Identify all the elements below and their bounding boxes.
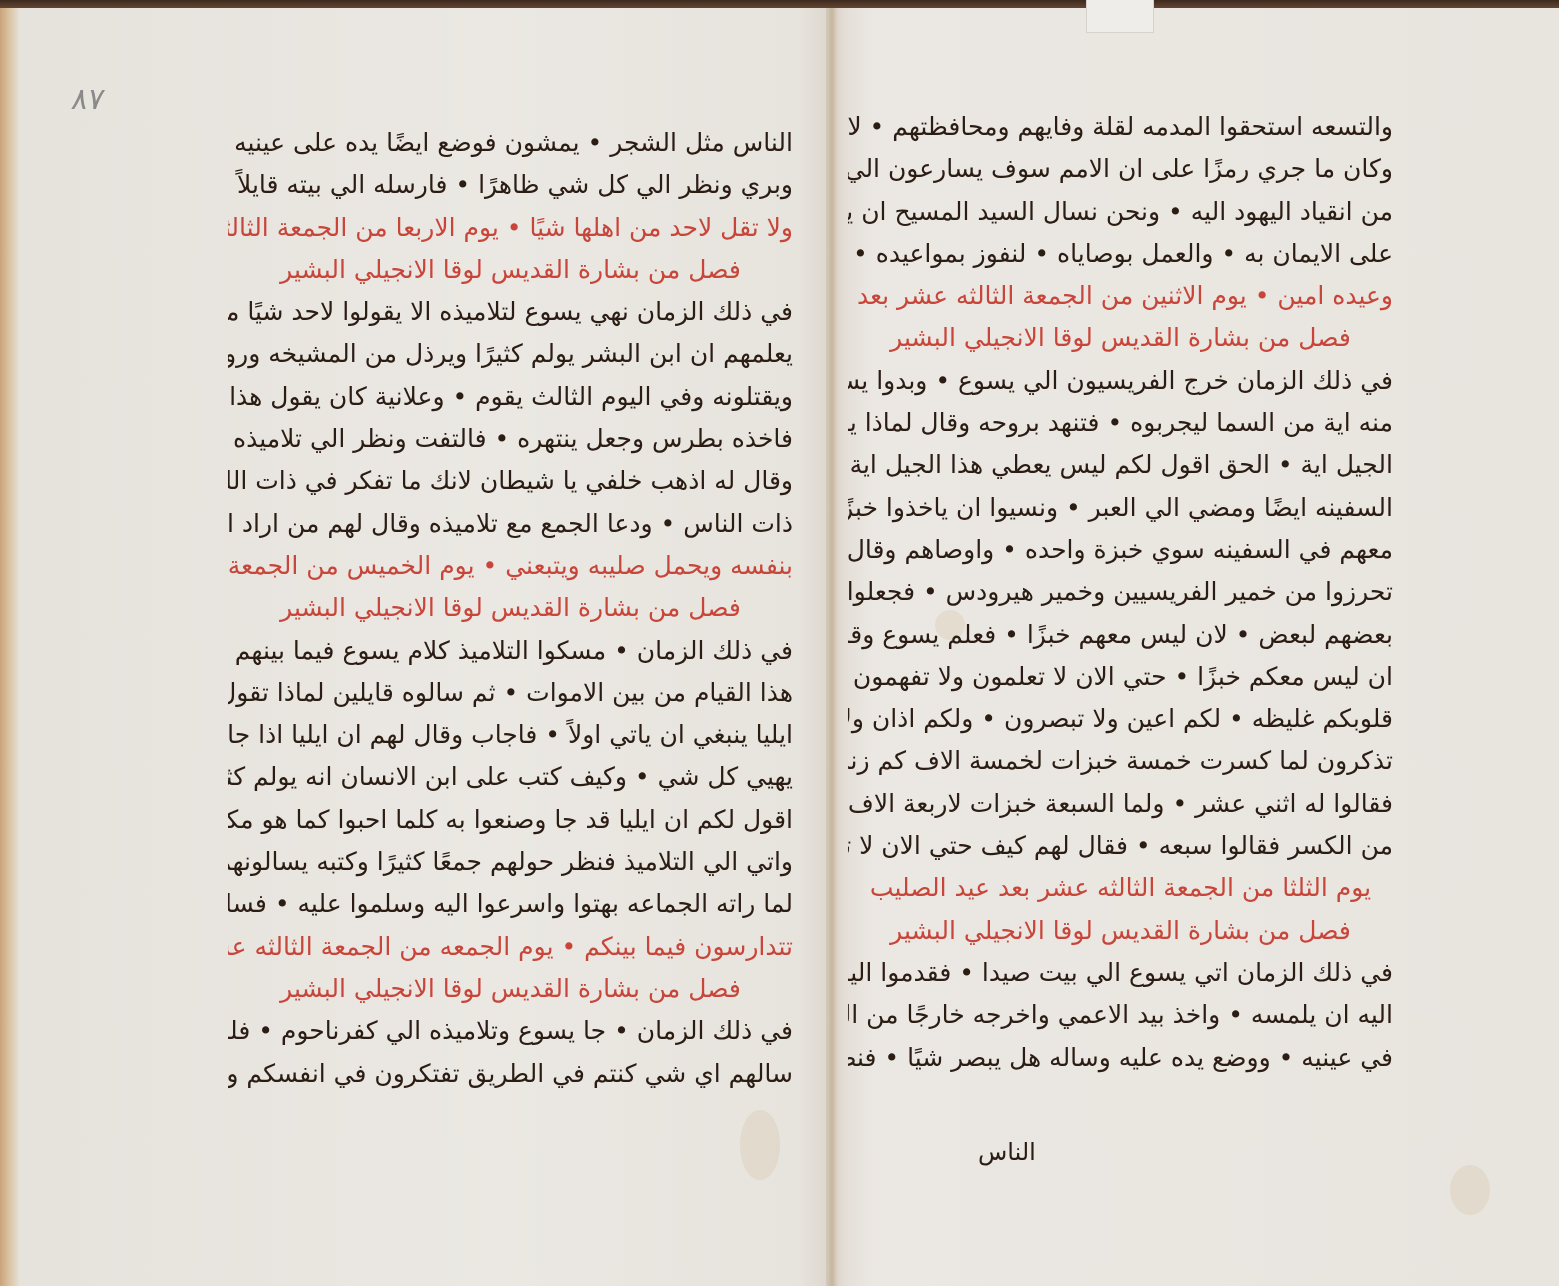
text-line: فقالوا له اثني عشر • ولما السبعة خبزات ل… bbox=[848, 783, 1393, 825]
rubric-line: فصل من بشارة القديس لوقا الانجيلي البشير bbox=[228, 968, 793, 1010]
gutter-fold bbox=[826, 8, 838, 1286]
text-line: في عينيه • ووضع يده عليه وساله هل يبصر ش… bbox=[848, 1037, 1393, 1079]
text-line: ايليا ينبغي ان ياتي اولاً • فاجاب وقال ل… bbox=[228, 714, 793, 756]
folio-number: ٨٧ bbox=[69, 82, 107, 117]
text-line: معهم في السفينه سوي خبزة واحده • واوصاهم… bbox=[848, 529, 1393, 571]
text-line: في ذلك الزمان اتي يسوع الي بيت صيدا • فق… bbox=[848, 952, 1393, 994]
text-line: يهيي كل شي • وكيف كتب على ابن الانسان ان… bbox=[228, 756, 793, 798]
text-line: وبري ونظر الي كل شي ظاهرًا • فارسله الي … bbox=[228, 164, 793, 206]
text-line: وكان ما جري رمزًا على ان الامم سوف يسارع… bbox=[848, 148, 1393, 190]
text-line: السفينه ايضًا ومضي الي العبر • ونسيوا ان… bbox=[848, 487, 1393, 529]
text-line: واتي الي التلاميذ فنظر حولهم جمعًا كثيرً… bbox=[228, 841, 793, 883]
text-line: الناس مثل الشجر • يمشون فوضع ايضًا يده ع… bbox=[228, 122, 793, 164]
left-page-text: الناس مثل الشجر • يمشون فوضع ايضًا يده ع… bbox=[228, 122, 793, 1095]
text-line: والتسعه استحقوا المدمه لقلة وفايهم ومحاف… bbox=[848, 106, 1393, 148]
text-line: يعلمهم ان ابن البشر يولم كثيرًا ويرذل من… bbox=[228, 333, 793, 375]
text-line: من الكسر فقالوا سبعه • فقال لهم كيف حتي … bbox=[848, 825, 1393, 867]
text-line: اليه ان يلمسه • واخذ بيد الاعمي واخرجه خ… bbox=[848, 994, 1393, 1036]
text-line: منه اية من السما ليجربوه • فتنهد بروحه و… bbox=[848, 402, 1393, 444]
text-line: في ذلك الزمان • مسكوا التلاميذ كلام يسوع… bbox=[228, 630, 793, 672]
paper-stain bbox=[1450, 1165, 1490, 1215]
text-line: ذات الناس • ودعا الجمع مع تلاميذه وقال ل… bbox=[228, 503, 793, 545]
manuscript-spread: ٨٧ الناس مثل الشجر • يمشون فوضع ايضًا يد… bbox=[0, 0, 1559, 1286]
rubric-line: فصل من بشارة القديس لوقا الانجيلي البشير bbox=[228, 249, 793, 291]
text-line: سالهم اي شي كنتم في الطريق تفتكرون في ان… bbox=[228, 1053, 793, 1095]
text-line: اقول لكم ان ايليا قد جا وصنعوا به كلما ا… bbox=[228, 799, 793, 841]
rubric-line: تتدارسون فيما بينكم • يوم الجمعه من الجم… bbox=[228, 926, 793, 968]
rubric-line: ولا تقل لاحد من اهلها شيًا • يوم الاربعا… bbox=[228, 207, 793, 249]
rubric-line: فصل من بشارة القديس لوقا الانجيلي البشير bbox=[228, 587, 793, 629]
text-line: تحرزوا من خمير الفريسيين وخمير هيرودس • … bbox=[848, 571, 1393, 613]
text-line: بعضهم لبعض • لان ليس معهم خبزًا • فعلم ي… bbox=[848, 614, 1393, 656]
text-line: هذا القيام من بين الاموات • ثم سالوه قاي… bbox=[228, 672, 793, 714]
text-line: تذكرون لما كسرت خمسة خبزات لخمسة الاف كم… bbox=[848, 740, 1393, 782]
text-line: لما راته الجماعه بهتوا واسرعوا اليه وسلم… bbox=[228, 883, 793, 925]
rubric-line: وعيده امين • يوم الاثنين من الجمعة الثال… bbox=[848, 275, 1393, 317]
text-line: في ذلك الزمان خرج الفريسيون الي يسوع • و… bbox=[848, 360, 1393, 402]
text-line: الجيل اية • الحق اقول لكم ليس يعطي هذا ا… bbox=[848, 444, 1393, 486]
text-line: قلوبكم غليظه • لكم اعين ولا تبصرون • ولك… bbox=[848, 698, 1393, 740]
text-line: وقال له اذهب خلفي يا شيطان لانك ما تفكر … bbox=[228, 460, 793, 502]
right-page-text: والتسعه استحقوا المدمه لقلة وفايهم ومحاف… bbox=[848, 106, 1393, 1079]
text-line: فاخذه بطرس وجعل ينتهره • فالتفت ونظر الي… bbox=[228, 418, 793, 460]
text-line: ويقتلونه وفي اليوم الثالث يقوم • وعلانية… bbox=[228, 376, 793, 418]
text-line: في ذلك الزمان نهي يسوع لتلاميذه الا يقول… bbox=[228, 291, 793, 333]
paper-stain bbox=[740, 1110, 780, 1180]
paper-tab bbox=[1086, 0, 1154, 33]
rubric-line: فصل من بشارة القديس لوقا الانجيلي البشير bbox=[848, 910, 1393, 952]
catchword: الناس bbox=[978, 1138, 1036, 1166]
text-line: من انقياد اليهود اليه • ونحن نسال السيد … bbox=[848, 191, 1393, 233]
text-line: على الايمان به • والعمل بوصاياه • لنفوز … bbox=[848, 233, 1393, 275]
text-line: في ذلك الزمان • جا يسوع وتلاميذه الي كفر… bbox=[228, 1010, 793, 1052]
rubric-line: فصل من بشارة القديس لوقا الانجيلي البشير bbox=[848, 317, 1393, 359]
rubric-line: يوم الثلثا من الجمعة الثالثه عشر بعد عيد… bbox=[848, 867, 1393, 909]
rubric-line: بنفسه ويحمل صليبه ويتبعني • يوم الخميس م… bbox=[228, 545, 793, 587]
text-line: ان ليس معكم خبزًا • حتي الان لا تعلمون و… bbox=[848, 656, 1393, 698]
